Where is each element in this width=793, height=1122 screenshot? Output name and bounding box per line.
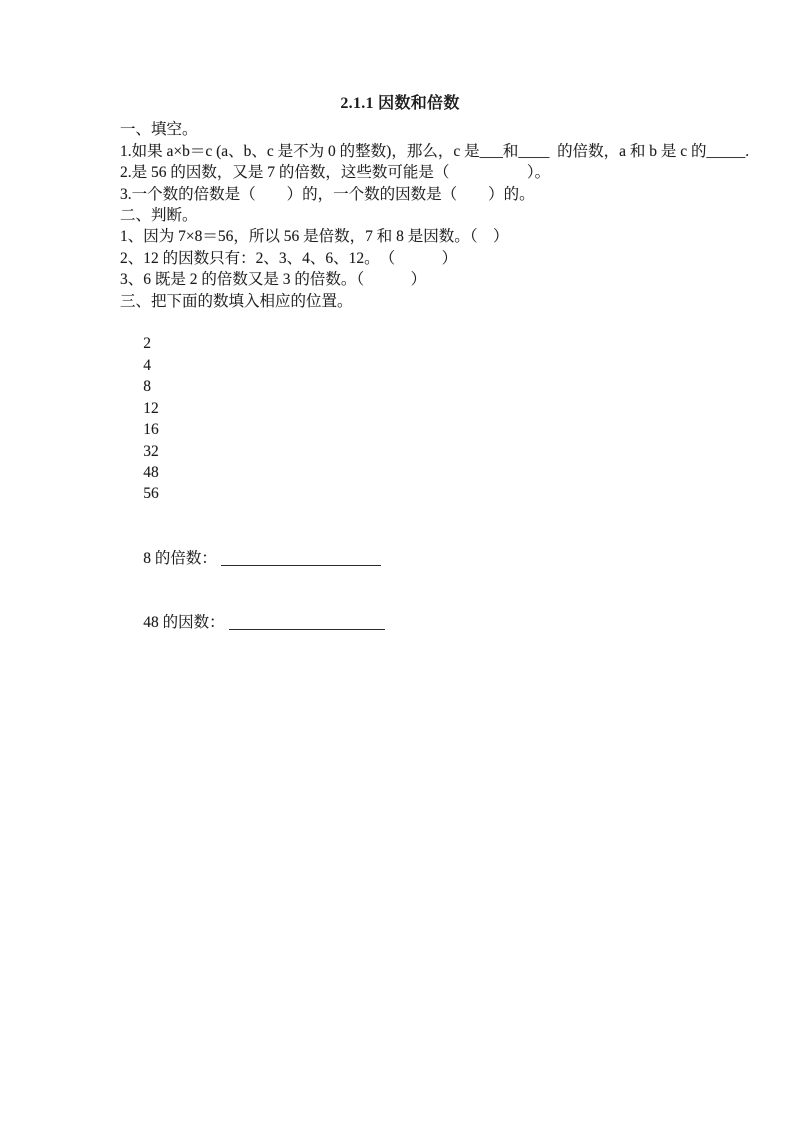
section-fill-heading: 一、填空。 <box>120 119 680 140</box>
judge-question-1: 1、因为 7×8＝56，所以 56 是倍数，7 和 8 是因数。（ ） <box>120 226 680 247</box>
multiples-label: 8 的倍数： <box>143 550 217 567</box>
number-item: 16 <box>143 419 159 440</box>
judge-question-3: 3、6 既是 2 的倍数又是 3 的倍数。（ ） <box>120 269 680 290</box>
number-item: 32 <box>143 441 159 462</box>
multiples-line: 8 的倍数： <box>120 526 680 590</box>
section-sort-heading: 三、把下面的数填入相应的位置。 <box>120 291 680 312</box>
multiples-answer-blank <box>221 551 381 566</box>
number-item: 2 <box>143 333 151 354</box>
number-item: 56 <box>143 483 159 504</box>
numbers-row: 2 4 8 12 16 32 48 56 <box>120 312 680 526</box>
page-title: 2.1.1 因数和倍数 <box>120 93 680 114</box>
factors-answer-blank <box>229 615 385 630</box>
factors-line: 48 的因数： <box>120 590 680 654</box>
fill-question-2: 2.是 56 的因数，又是 7 的倍数，这些数可能是（ ）。 <box>120 162 680 183</box>
fill-question-1: 1.如果 a×b＝c (a、b、c 是不为 0 的整数)，那么，c 是___和_… <box>120 141 680 162</box>
number-item: 12 <box>143 398 159 419</box>
worksheet-content: 2.1.1 因数和倍数 一、填空。 1.如果 a×b＝c (a、b、c 是不为 … <box>120 93 680 655</box>
section-judge-heading: 二、判断。 <box>120 205 680 226</box>
number-item: 4 <box>143 355 151 376</box>
fill-question-3: 3.一个数的倍数是（ ）的，一个数的因数是（ ）的。 <box>120 184 680 205</box>
judge-question-2: 2、12 的因数只有：2、3、4、6、12。 （ ） <box>120 248 680 269</box>
factors-label: 48 的因数： <box>143 614 224 631</box>
number-item: 48 <box>143 462 159 483</box>
worksheet-page: 2.1.1 因数和倍数 一、填空。 1.如果 a×b＝c (a、b、c 是不为 … <box>0 0 793 1122</box>
number-item: 8 <box>143 376 151 397</box>
